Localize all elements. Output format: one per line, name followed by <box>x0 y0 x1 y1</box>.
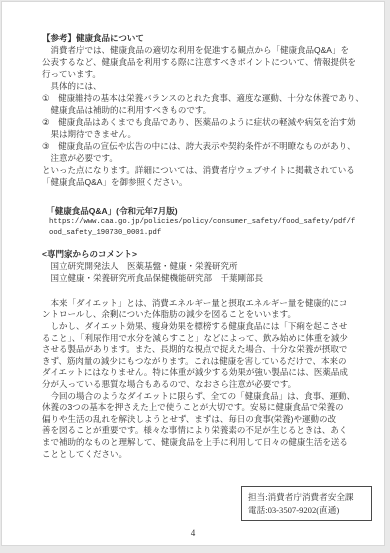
text-line: https://www.caa.go.jp/policies/policy/co… <box>49 217 370 228</box>
text-line: 善を図ることが重要です。様々な事情により栄養素の不足が生じるときは、あく <box>42 425 370 437</box>
expert-affiliation: 国立研究開発法人 医薬基盤・健康・栄養研究所 国立健康・栄養研究所食品保健機能研… <box>42 260 370 284</box>
text-line: ダイエットにはなりません。特に体重が減少する効果が強い製品には、医薬品成 <box>42 367 370 379</box>
reference-section-heading: 【参考】健康食品について <box>42 32 370 44</box>
text-line: ood_safety_190730_0001.pdf <box>49 228 370 239</box>
page-number: 4 <box>2 528 384 538</box>
contact-phone: 電話:03-3507-9202(直通) <box>248 504 365 517</box>
qa-publication-url: https://www.caa.go.jp/policies/policy/co… <box>49 217 370 240</box>
contact-box: 担当:消費者庁消費者安全課 電話:03-3507-9202(直通) <box>241 486 372 521</box>
text-line: 健康食品は補助的に利用すべきものです。 <box>42 104 370 116</box>
text-line: 国立研究開発法人 医薬基盤・健康・栄養研究所 <box>42 260 370 272</box>
text-line: ントロールし、余剰についた体脂肪の減少を図ることをいいます。 <box>42 309 370 321</box>
text-line: 消費者庁では、健康食品の適切な利用を促進する観点から「健康食品Q&A」を <box>42 44 370 56</box>
text-line: といった点になります。詳細については、消費者庁ウェブサイトに掲載されている <box>42 164 370 176</box>
text-line: 国立健康・栄養研究所食品保健機能研究部 千葉剛部長 <box>42 272 370 284</box>
text-line: 行っています。 <box>42 68 370 80</box>
text-line: させる製品があります。また、長期的な視点で捉えた場合、十分な栄養が摂取で <box>42 344 370 356</box>
document-page: 【参考】健康食品について 消費者庁では、健康食品の適切な利用を促進する観点から「… <box>1 1 385 546</box>
expert-comment-heading: <専門家からのコメント> <box>42 248 370 260</box>
text-line: 果は期待できません。 <box>42 128 370 140</box>
text-line: 分が入っている悪質な場合もあるので、なおさら注意が必要です。 <box>42 379 370 391</box>
text-line: ること」、「利尿作用で水分を減らすこと」などによって、飲み始めに体重を減少 <box>42 333 370 345</box>
text-line: 休養の3つの基本を押さえた上で使うことが大切です。安易に健康食品で栄養の <box>42 402 370 414</box>
text-line: ① 健康維持の基本は栄養バランスのとれた食事、適度な運動、十分な休養であり、 <box>42 92 370 104</box>
text-line: 今回の場合のようなダイエットに限らず、全ての「健康食品」は、食事、運動、 <box>42 391 370 403</box>
text-line: 偏りや生活の乱れを解決しようとせず、まずは、毎日の食事(栄養)や運動の改 <box>42 414 370 426</box>
page-background: 【参考】健康食品について 消費者庁では、健康食品の適切な利用を促進する観点から「… <box>0 0 390 553</box>
text-line: 具体的には、 <box>42 80 370 92</box>
text-line: ② 健康食品はあくまでも食品であり、医薬品のように症状の軽減や病気を治す効 <box>42 116 370 128</box>
text-line: 注意が必要です。 <box>42 152 370 164</box>
text-line: 「健康食品Q&A」を御参照ください。 <box>42 176 370 188</box>
text-line: こととしてください。 <box>42 449 370 461</box>
text-line: ③ 健康食品の宣伝や広告の中には、誇大表示や契約条件が不明瞭なものがあり、 <box>42 140 370 152</box>
text-line: きず、筋肉量の減少にもつながります。これは健康を害しているだけで、本来の <box>42 356 370 368</box>
text-line: しかし、ダイエット効果、痩身効果を標榜する健康食品には「下痢を起こさせ <box>42 321 370 333</box>
text-line: 本来「ダイエット」とは、消費エネルギー量と摂取エネルギー量を健康的にコ <box>42 298 370 310</box>
text-line: 公表するなど、健康食品を利用する際に注意すべきポイントについて、情報提供を <box>42 56 370 68</box>
contact-department: 担当:消費者庁消費者安全課 <box>248 491 365 504</box>
text-line: まで補助的なものと理解して、健康食品を上手に利用して日々の健康生活を送る <box>42 437 370 449</box>
document-text-column: 【参考】健康食品について 消費者庁では、健康食品の適切な利用を促進する観点から「… <box>2 2 384 460</box>
expert-comment-body: 本来「ダイエット」とは、消費エネルギー量と摂取エネルギー量を健康的にコントロール… <box>42 298 370 460</box>
reference-section-body: 消費者庁では、健康食品の適切な利用を促進する観点から「健康食品Q&A」を公表する… <box>42 44 370 188</box>
qa-publication-heading: 「健康食品Q&A」(令和元年7月版) <box>42 205 370 217</box>
